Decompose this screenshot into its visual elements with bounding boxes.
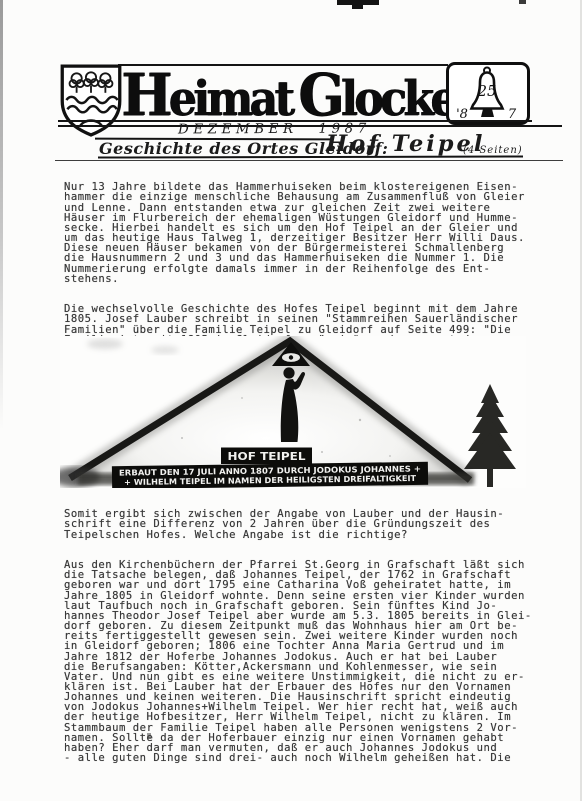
masthead-word-glocke-initial: G xyxy=(298,60,341,129)
headline-underline xyxy=(98,155,523,158)
bell-clapper xyxy=(481,109,494,117)
article-lower-block: Somit ergibt sich zwischen der Angabe vo… xyxy=(64,489,532,784)
masthead-title: HeimatGlocke xyxy=(121,63,448,126)
paragraph: Somit ergibt sich zwischen der Angabe vo… xyxy=(64,509,532,539)
issue-number: 25 xyxy=(476,82,496,100)
coat-of-arms-icon xyxy=(59,62,123,138)
masthead-word-heimat-initial: H xyxy=(121,60,169,129)
masthead-word-heimat-rest: eimat xyxy=(169,72,292,127)
issue-year-right: 7 xyxy=(508,107,517,121)
bell-icon: 25 '8 7 xyxy=(449,65,526,121)
scan-mark-top-right-3 xyxy=(519,0,526,4)
headline-note: (4 Seiten) xyxy=(463,145,523,156)
scan-edge-artifact-left xyxy=(0,0,3,430)
issue-badge: 25 '8 7 xyxy=(446,62,530,125)
paragraph: Aus den Kirchenbüchern der Pfarrei St.Ge… xyxy=(64,560,532,763)
masthead-word-glocke-rest: locke xyxy=(341,72,455,127)
hof-teipel-sign: HOF TEIPEL xyxy=(221,448,312,465)
inscription-sign: ERBAUT DEN 17 JULI ANNO 1807 DURCH JODOK… xyxy=(112,462,428,488)
paragraph: Nur 13 Jahre bildete das Hammerhuiseken … xyxy=(64,182,525,284)
scanned-newsletter-page: HeimatGlocke 25 '8 7 DEZEMBER 1987 Gesch… xyxy=(0,0,582,801)
photo-hof-teipel-gable: HOF TEIPEL ERBAUT DEN 17 JULI ANNO 1807 … xyxy=(60,336,526,488)
issue-year-left: '8 xyxy=(456,107,468,121)
photo-sign-title: HOF TEIPEL xyxy=(228,450,306,463)
scan-mark-top-right-2 xyxy=(352,0,363,9)
headline-title: Hof Teipel xyxy=(326,131,485,157)
